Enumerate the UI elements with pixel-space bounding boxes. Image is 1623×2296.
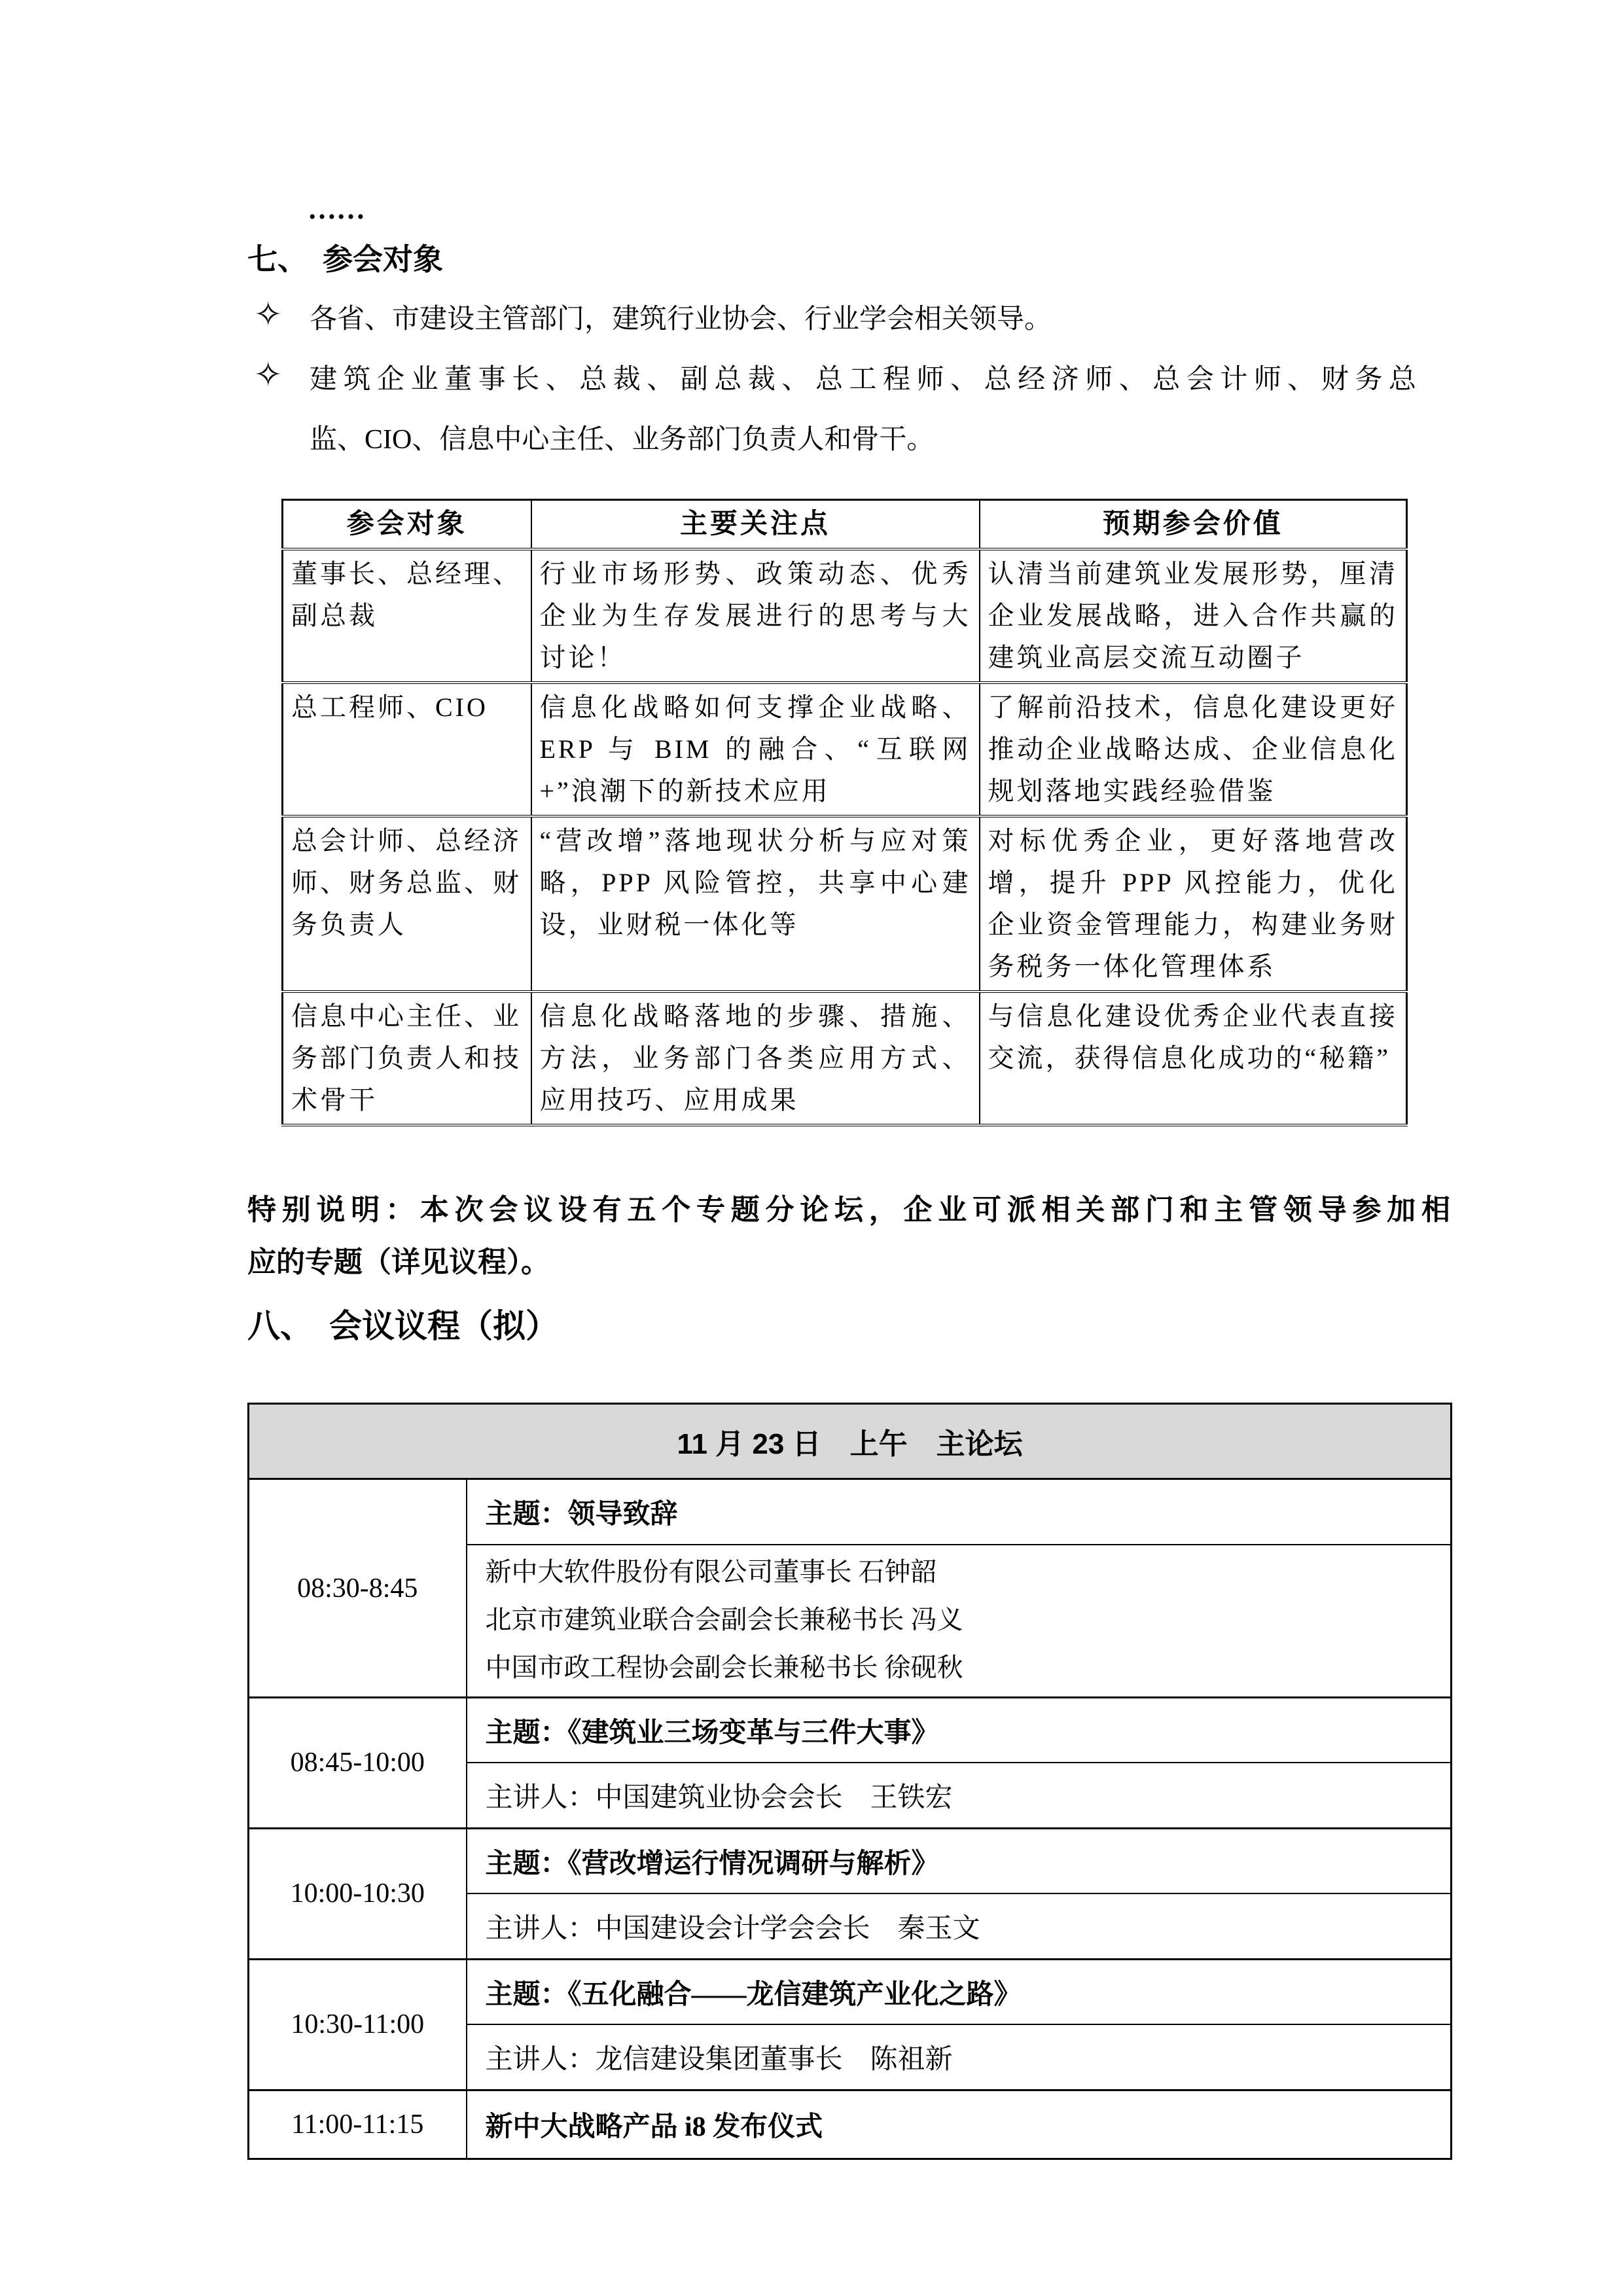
- speaker-line: 中国市政工程协会副会长兼秘书长 徐砚秋: [486, 1643, 1438, 1691]
- audience-cell: 总工程师、CIO: [283, 683, 531, 816]
- audience-table-header-row: 参会对象 主要关注点 预期参会价值: [283, 499, 1407, 549]
- value-cell: 与信息化建设优秀企业代表直接交流，获得信息化成功的“秘籍”: [980, 992, 1407, 1125]
- table-row: 总工程师、CIO 信息化战略如何支撑企业战略、ERP 与 BIM 的融合、“互联…: [283, 683, 1407, 816]
- speaker-cell: 主讲人：龙信建设集团董事长 陈祖新: [467, 2024, 1452, 2090]
- agenda-row: 10:00-10:30 主题：《营改增运行情况调研与解析》: [249, 1828, 1452, 1893]
- topic-cell: 主题：《五化融合——龙信建筑产业化之路》: [467, 1959, 1452, 2024]
- time-cell: 08:30-8:45: [249, 1479, 467, 1698]
- topic-cell: 主题：《营改增运行情况调研与解析》: [467, 1828, 1452, 1893]
- speaker-line: 新中大软件股份有限公司董事长 石钟韶: [486, 1548, 1438, 1596]
- special-note-line: 应的专题（详见议程）。: [247, 1236, 1450, 1289]
- time-cell: 10:30-11:00: [249, 1959, 467, 2090]
- agenda-session-title: 11 月 23 日 上午 主论坛: [249, 1404, 1452, 1479]
- diamond-bullet-icon: ✧: [254, 359, 283, 393]
- agenda-row: 10:30-11:00 主题：《五化融合——龙信建筑产业化之路》: [249, 1959, 1452, 2024]
- bullet-item: ✧ 各省、市建设主管部门，建筑行业协会、行业学会相关领导。: [247, 289, 1450, 350]
- value-cell: 对标优秀企业，更好落地营改增，提升 PPP 风控能力，优化企业资金管理能力，构建…: [980, 816, 1407, 992]
- audience-table-header-cell: 主要关注点: [531, 499, 980, 549]
- audience-cell: 总会计师、总经济师、财务总监、财务负责人: [283, 816, 531, 992]
- table-row: 信息中心主任、业务部门负责人和技术骨干 信息化战略落地的步骤、措施、方法，业务部…: [283, 992, 1407, 1125]
- agenda-table: 11 月 23 日 上午 主论坛 08:30-8:45 主题：领导致辞 新中大软…: [247, 1403, 1452, 2160]
- agenda-row: 11:00-11:15 新中大战略产品 i8 发布仪式: [249, 2090, 1452, 2159]
- agenda-row: 08:30-8:45 主题：领导致辞: [249, 1479, 1452, 1545]
- bullet-text: 各省、市建设主管部门，建筑行业协会、行业学会相关领导。: [310, 289, 1416, 350]
- focus-cell: 行业市场形势、政策动态、优秀企业为生存发展进行的思考与大讨论！: [531, 549, 980, 683]
- document-page: …… 七、 参会对象 ✧ 各省、市建设主管部门，建筑行业协会、行业学会相关领导。…: [0, 0, 1623, 2296]
- audience-table-header-cell: 预期参会价值: [980, 499, 1407, 549]
- section8-title: 八、 会议议程（拟）: [247, 1306, 1450, 1347]
- table-row: 总会计师、总经济师、财务总监、财务负责人 “营改增”落地现状分析与应对策略，PP…: [283, 816, 1407, 992]
- bullet-text-line: 建筑企业董事长、总裁、副总裁、总工程师、总经济师、总会计师、财务总: [310, 350, 1416, 410]
- value-cell: 了解前沿技术，信息化建设更好推动企业战略达成、企业信息化规划落地实践经验借鉴: [980, 683, 1407, 816]
- ellipsis-line: ……: [308, 194, 1450, 225]
- section7-title: 七、 参会对象: [247, 241, 1450, 279]
- topic-cell: 主题：领导致辞: [467, 1479, 1452, 1545]
- audience-table-header-cell: 参会对象: [283, 499, 531, 549]
- speaker-cell: 主讲人：中国建筑业协会会长 王铁宏: [467, 1763, 1452, 1828]
- bullet-item: ✧ 建筑企业董事长、总裁、副总裁、总工程师、总经济师、总会计师、财务总 监、CI…: [247, 350, 1450, 470]
- audience-table: 参会对象 主要关注点 预期参会价值 董事长、总经理、副总裁 行业市场形势、政策动…: [281, 499, 1408, 1126]
- focus-cell: “营改增”落地现状分析与应对策略，PPP 风险管控，共享中心建设，业财税一体化等: [531, 816, 980, 992]
- focus-cell: 信息化战略如何支撑企业战略、ERP 与 BIM 的融合、“互联网+”浪潮下的新技…: [531, 683, 980, 816]
- speaker-line: 北京市建筑业联合会副会长兼秘书长 冯义: [486, 1596, 1438, 1643]
- launch-event-cell: 新中大战略产品 i8 发布仪式: [467, 2090, 1452, 2159]
- time-cell: 10:00-10:30: [249, 1828, 467, 1959]
- audience-bullet-list: ✧ 各省、市建设主管部门，建筑行业协会、行业学会相关领导。 ✧ 建筑企业董事长、…: [247, 289, 1450, 470]
- audience-cell: 董事长、总经理、副总裁: [283, 549, 531, 683]
- diamond-bullet-icon: ✧: [254, 298, 283, 332]
- special-note-line: 特别说明：本次会议设有五个专题分论坛，企业可派相关部门和主管领导参加相: [247, 1184, 1450, 1236]
- value-cell: 认清当前建筑业发展形势，厘清企业发展战略，进入合作共赢的建筑业高层交流互动圈子: [980, 549, 1407, 683]
- table-row: 董事长、总经理、副总裁 行业市场形势、政策动态、优秀企业为生存发展进行的思考与大…: [283, 549, 1407, 683]
- agenda-header-row: 11 月 23 日 上午 主论坛: [249, 1404, 1452, 1479]
- time-cell: 11:00-11:15: [249, 2090, 467, 2159]
- audience-cell: 信息中心主任、业务部门负责人和技术骨干: [283, 992, 531, 1125]
- speaker-cell: 主讲人：中国建设会计学会会长 秦玉文: [467, 1893, 1452, 1959]
- focus-cell: 信息化战略落地的步骤、措施、方法，业务部门各类应用方式、应用技巧、应用成果: [531, 992, 980, 1125]
- speakers-cell: 新中大软件股份有限公司董事长 石钟韶 北京市建筑业联合会副会长兼秘书长 冯义 中…: [467, 1545, 1452, 1698]
- agenda-row: 08:45-10:00 主题：《建筑业三场变革与三件大事》: [249, 1697, 1452, 1763]
- special-note: 特别说明：本次会议设有五个专题分论坛，企业可派相关部门和主管领导参加相 应的专题…: [247, 1184, 1450, 1289]
- time-cell: 08:45-10:00: [249, 1697, 467, 1828]
- topic-cell: 主题：《建筑业三场变革与三件大事》: [467, 1697, 1452, 1763]
- bullet-text-line: 监、CIO、信息中心主任、业务部门负责人和骨干。: [310, 410, 1416, 470]
